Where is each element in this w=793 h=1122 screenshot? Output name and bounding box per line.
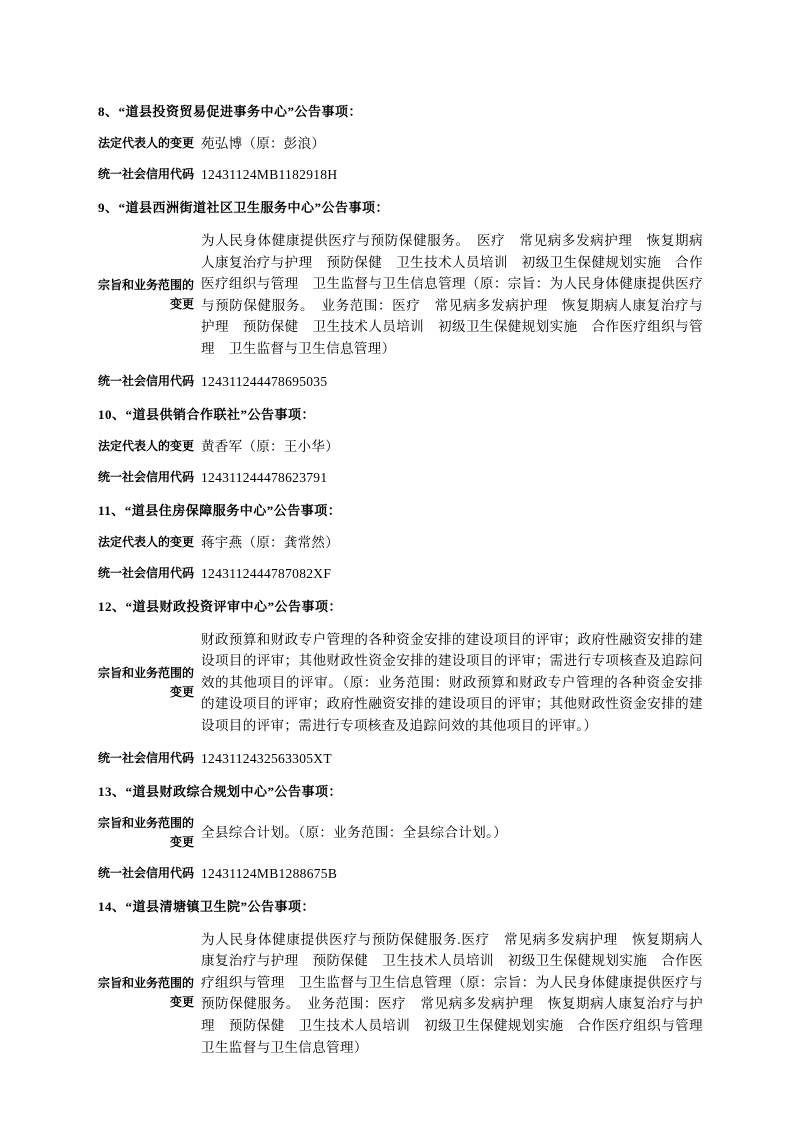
field-label: 法定代表人的变更 — [98, 134, 194, 153]
document-page: 8、“道县投资贸易促进事务中心”公告事项： 法定代表人的变更 苑弘博（原：彭浪）… — [0, 0, 793, 1122]
credit-code-value: 1243112444787082XF — [201, 564, 703, 583]
section-heading: 14、“道县清塘镇卫生院”公告事项： — [98, 897, 703, 916]
announcement-section-11: 11、“道县住房保障服务中心”公告事项： 法定代表人的变更 蒋宇燕（原：龚常然）… — [98, 501, 703, 583]
field-value: 财政预算和财政专户管理的各种资金安排的建设项目的评审；政府性融资安排的建设项目的… — [201, 629, 703, 737]
field-label: 统一社会信用代码 — [98, 864, 194, 883]
scope-change-row: 宗旨和业务范围的变更 为人民身体健康提供医疗与预防保健服务.医疗 常见病多发病护… — [98, 929, 703, 1059]
credit-code-value: 12431124MB1288675B — [201, 864, 703, 883]
credit-code-row: 统一社会信用代码 124311244478695035 — [98, 372, 703, 391]
credit-code-value: 12431124MB1182918H — [201, 165, 703, 184]
legal-representative-row: 法定代表人的变更 苑弘博（原：彭浪） — [98, 134, 703, 153]
legal-representative-row: 法定代表人的变更 蒋宇燕（原：龚常然） — [98, 533, 703, 552]
section-heading: 13、“道县财政综合规划中心”公告事项： — [98, 782, 703, 801]
announcement-section-10: 10、“道县供销合作联社”公告事项： 法定代表人的变更 黄香军（原：王小华） 统… — [98, 405, 703, 487]
scope-change-row: 宗旨和业务范围的变更 为人民身体健康提供医疗与预防保健服务。 医疗 常见病多发病… — [98, 230, 703, 360]
section-heading: 8、“道县投资贸易促进事务中心”公告事项： — [98, 102, 703, 121]
credit-code-value: 1243112432563305XT — [201, 749, 703, 768]
field-label: 宗旨和业务范围的变更 — [98, 974, 194, 1012]
section-heading: 9、“道县西洲街道社区卫生服务中心”公告事项： — [98, 198, 703, 217]
field-label: 统一社会信用代码 — [98, 165, 194, 184]
announcement-section-14: 14、“道县清塘镇卫生院”公告事项： 宗旨和业务范围的变更 为人民身体健康提供医… — [98, 897, 703, 1059]
credit-code-value: 124311244478623791 — [201, 468, 703, 487]
field-label: 统一社会信用代码 — [98, 468, 194, 487]
field-label: 宗旨和业务范围的变更 — [98, 664, 194, 702]
credit-code-row: 统一社会信用代码 124311244478623791 — [98, 468, 703, 487]
credit-code-row: 统一社会信用代码 1243112432563305XT — [98, 749, 703, 768]
section-heading: 11、“道县住房保障服务中心”公告事项： — [98, 501, 703, 520]
announcement-section-13: 13、“道县财政综合规划中心”公告事项： 宗旨和业务范围的变更 全县综合计划。（… — [98, 782, 703, 883]
field-value: 苑弘博（原：彭浪） — [201, 134, 703, 153]
credit-code-row: 统一社会信用代码 12431124MB1288675B — [98, 864, 703, 883]
announcement-section-9: 9、“道县西洲街道社区卫生服务中心”公告事项： 宗旨和业务范围的变更 为人民身体… — [98, 198, 703, 391]
field-label: 宗旨和业务范围的变更 — [98, 814, 194, 852]
section-heading: 10、“道县供销合作联社”公告事项： — [98, 405, 703, 424]
field-label: 法定代表人的变更 — [98, 533, 194, 552]
announcement-section-8: 8、“道县投资贸易促进事务中心”公告事项： 法定代表人的变更 苑弘博（原：彭浪）… — [98, 102, 703, 184]
credit-code-value: 124311244478695035 — [201, 372, 703, 391]
field-value: 为人民身体健康提供医疗与预防保健服务.医疗 常见病多发病护理 恢复期病人康复治疗… — [201, 929, 703, 1059]
announcement-section-12: 12、“道县财政投资评审中心”公告事项： 宗旨和业务范围的变更 财政预算和财政专… — [98, 597, 703, 768]
field-label: 统一社会信用代码 — [98, 749, 194, 768]
field-value: 蒋宇燕（原：龚常然） — [201, 533, 703, 552]
scope-change-row: 宗旨和业务范围的变更 全县综合计划。（原：业务范围：全县综合计划。） — [98, 814, 703, 852]
field-label: 法定代表人的变更 — [98, 437, 194, 456]
field-value: 黄香军（原：王小华） — [201, 437, 703, 456]
credit-code-row: 统一社会信用代码 12431124MB1182918H — [98, 165, 703, 184]
field-label: 统一社会信用代码 — [98, 372, 194, 391]
field-label: 宗旨和业务范围的变更 — [98, 276, 194, 314]
field-label: 统一社会信用代码 — [98, 564, 194, 583]
scope-change-row: 宗旨和业务范围的变更 财政预算和财政专户管理的各种资金安排的建设项目的评审；政府… — [98, 629, 703, 737]
field-value: 为人民身体健康提供医疗与预防保健服务。 医疗 常见病多发病护理 恢复期病人康复治… — [201, 230, 703, 360]
section-heading: 12、“道县财政投资评审中心”公告事项： — [98, 597, 703, 616]
field-value: 全县综合计划。（原：业务范围：全县综合计划。） — [201, 822, 703, 844]
credit-code-row: 统一社会信用代码 1243112444787082XF — [98, 564, 703, 583]
legal-representative-row: 法定代表人的变更 黄香军（原：王小华） — [98, 437, 703, 456]
